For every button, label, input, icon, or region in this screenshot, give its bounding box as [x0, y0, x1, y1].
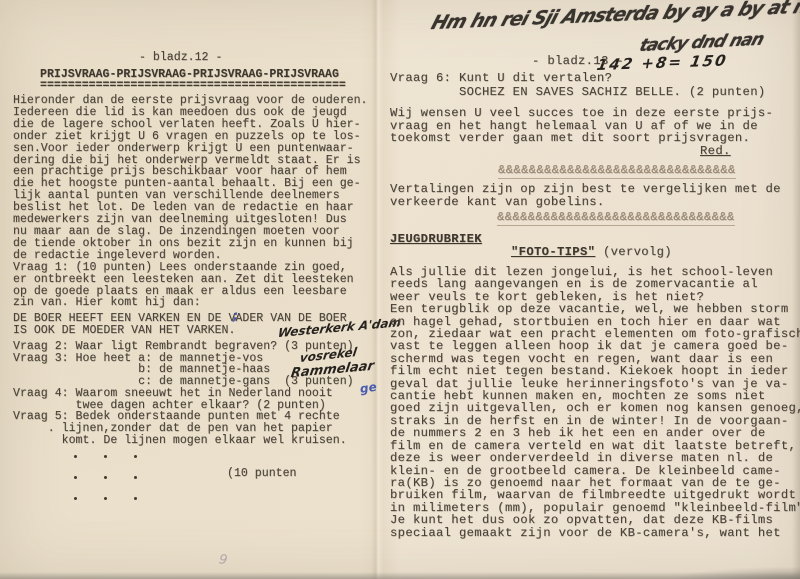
- puzzle-dot: [134, 455, 137, 458]
- youth-section-heading: JEUGDRUBRIEK: [390, 233, 482, 246]
- editorial-signature: Red.: [700, 145, 731, 158]
- bottom-edge-shadow: [0, 572, 800, 579]
- prize-quiz-intro-paragraph: Hieronder dan de eerste prijsvraag voor …: [13, 95, 368, 309]
- puzzle-dot: [104, 455, 107, 458]
- puzzle-dot: [74, 455, 77, 458]
- article-title-line: "FOTO-TIPS" (vervolg): [511, 246, 672, 259]
- article-title: "FOTO-TIPS": [511, 245, 595, 259]
- puzzle-dot: [104, 497, 107, 500]
- puzzle-dot: [104, 476, 107, 479]
- page-gutter-crease: [371, 0, 383, 579]
- left-page-number: - bladz.12 -: [139, 52, 222, 64]
- corner-shadow: [620, 563, 800, 579]
- foto-tips-article: Als jullie dit lezen jongelui, is het sc…: [390, 266, 800, 539]
- article-title-suffix: (vervolg): [595, 245, 672, 259]
- prize-quiz-title-underline: ========================================…: [40, 80, 346, 92]
- question5-points-note: (10 punten: [227, 468, 297, 480]
- handwritten-answer-q3c: ge: [359, 380, 378, 396]
- question6: Vraag 6: Kunt U dit vertalen? SOCHEZ EN …: [390, 72, 766, 99]
- puzzle-dot: [74, 476, 77, 479]
- ampersand-divider: &&&&&&&&&&&&&&&&&&&&&&&&&&&&&&&: [497, 211, 735, 226]
- pencil-page-mark: 9: [218, 552, 229, 568]
- closing-paragraph: Wij wensen U veel succes toe in deze eer…: [390, 107, 773, 145]
- gobelins-aphorism: Vertalingen zijn op zijn best te vergeli…: [390, 183, 781, 208]
- puzzle-dot: [134, 476, 137, 479]
- right-page-number: - bladz.13 -: [532, 55, 624, 68]
- scanned-newsletter-spread: - bladz.12 - PRIJSVRAAG-PRIJSVRAAG-PRIJS…: [0, 0, 800, 579]
- ampersand-divider: &&&&&&&&&&&&&&&&&&&&&&&&&&&&&&&: [498, 164, 736, 179]
- puzzle-dot: [134, 497, 137, 500]
- puzzle-dot: [74, 497, 77, 500]
- handwritten-inserted-punctuation: ;: [233, 309, 238, 324]
- handwritten-scribble-line1: Hm hn rei Sji Amsterda by ay a by at ns …: [428, 0, 800, 34]
- puzzle-dot-grid: [74, 455, 137, 500]
